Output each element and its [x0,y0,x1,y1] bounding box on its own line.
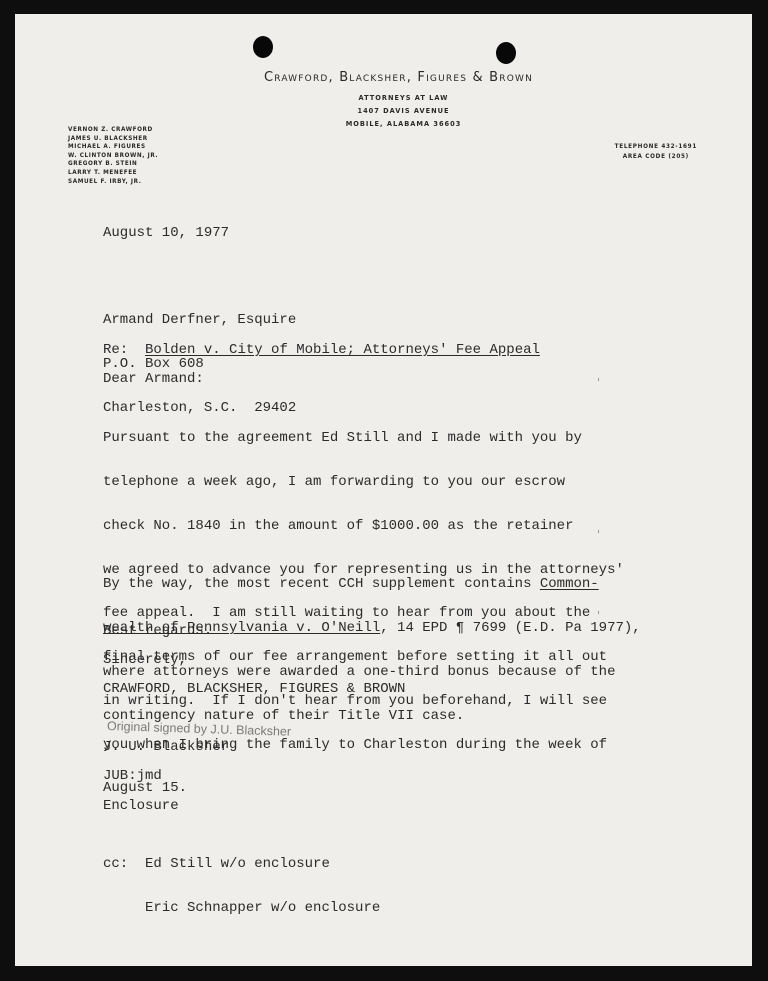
letterhead-subtitle: Attorneys at Law [15,94,752,102]
body-line: check No. 1840 in the amount of $1000.00… [103,519,624,534]
cc-block: cc: Ed Still w/o enclosure Eric Schnappe… [103,828,380,945]
partner-name: W. Clinton Brown, Jr. [68,152,158,161]
letterhead-street: 1407 Davis Avenue [15,107,752,115]
body-line: telephone a week ago, I am forwarding to… [103,475,624,490]
area-code: Area Code (205) [615,152,697,162]
partner-name: James U. Blacksher [68,135,158,144]
paper-speck [598,378,599,381]
body-line: August 15. [103,781,624,796]
partner-name: Samuel F. Irby, Jr. [68,178,158,187]
recipient-address-line1: P.O. Box 608 [103,357,296,372]
cc-recipient: Eric Schnapper w/o enclosure [145,900,380,916]
contact-info: Telephone 432-1691 Area Code (205) [615,142,697,162]
case-citation: Common- [540,576,599,592]
cc-recipient: Ed Still w/o enclosure [145,856,330,872]
letterhead-firm-name: Crawford, Blacksher, Figures & Brown [15,70,752,85]
paper-speck [598,530,599,533]
cc-label: cc: [103,856,128,872]
signer-name: J. U. Blacksher [103,740,229,755]
punch-hole [253,36,273,58]
closing-sincerely: Sincerely, [103,653,187,668]
partner-list: Vernon Z. Crawford James U. Blacksher Mi… [68,126,158,186]
partner-name: Vernon Z. Crawford [68,126,158,135]
firm-signature: CRAWFORD, BLACKSHER, FIGURES & BROWN [103,682,405,697]
punch-hole [496,42,516,64]
salutation: Dear Armand: [103,372,204,387]
cc-line: Eric Schnapper w/o enclosure [103,901,380,916]
telephone: Telephone 432-1691 [615,142,697,152]
partner-name: Gregory B. Stein [68,160,158,169]
recipient-name: Armand Derfner, Esquire [103,313,296,328]
re-line: Re: Bolden v. City of Mobile; Attorneys'… [103,343,540,358]
cc-line: cc: Ed Still w/o enclosure [103,857,380,872]
paper-speck [598,611,599,614]
typist-initials: JUB:jmd [103,769,162,784]
letter-page: Crawford, Blacksher, Figures & Brown Att… [15,14,752,966]
body-line: Pursuant to the agreement Ed Still and I… [103,431,624,446]
partner-name: Larry T. Menefee [68,169,158,178]
letter-date: August 10, 1977 [103,226,229,241]
re-label: Re: [103,342,128,358]
partner-name: Michael A. Figures [68,143,158,152]
re-subject: Bolden v. City of Mobile; Attorneys' Fee… [145,342,540,358]
body-line: By the way, the most recent CCH suppleme… [103,577,641,592]
closing-regards: Best regards. [103,624,212,639]
enclosure-note: Enclosure [103,799,179,814]
